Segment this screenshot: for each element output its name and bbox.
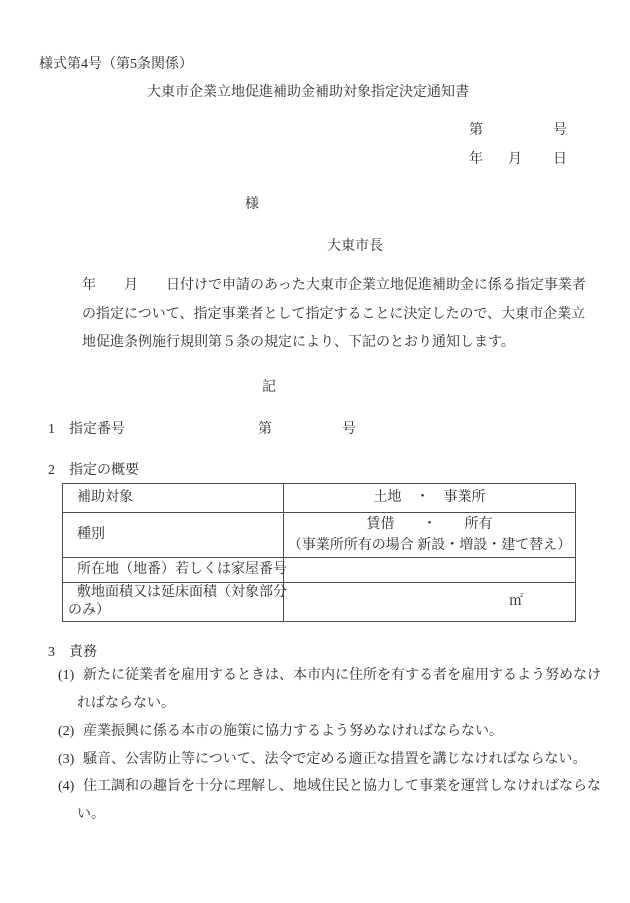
sender-name: 大東市長 (327, 237, 383, 256)
duty-item-line: ればならない。 (77, 694, 175, 713)
table-label-cell: 補助対象 (63, 484, 284, 512)
section3-label: 責務 (69, 643, 97, 662)
section2-number: 2 (48, 461, 55, 480)
body-line: 年 月 日付けで申請のあった大東市企業立地促進補助金に係る指定事業者 (82, 276, 586, 295)
duty-item-line: 騒音、公害防止等について、法令で定める適正な措置を講じなければならない。 (83, 750, 586, 769)
duty-item-line: 新たに従業者を雇用するときは、本市内に住所を有する者を雇用するよう努めなけ (83, 666, 601, 685)
designation-number-suffix: 号 (342, 420, 356, 439)
date-year-label: 年 (469, 150, 483, 169)
section1-number: 1 (48, 420, 55, 439)
table-value-cell (284, 558, 575, 582)
issue-number-suffix: 号 (553, 121, 567, 140)
table-row: 種別 賃借 ・ 所有 （事業所所有の場合 新設・増設・建て替え） (63, 512, 575, 557)
area-unit: ㎡ (284, 591, 523, 612)
duty-item-number: (3) (58, 750, 74, 769)
body-line: の指定について、指定事業者として指定することに決定したので、大東市企業立 (82, 305, 585, 324)
designation-number-prefix: 第 (258, 420, 272, 439)
designation-overview-table: 補助対象 土地 ・ 事業所 種別 賃借 ・ 所有 （事業所所有の場合 新設・増設… (62, 483, 576, 622)
document-page: 様式第4号（第5条関係） 大東市企業立地促進補助金補助対象指定決定通知書 第 号… (0, 0, 630, 903)
issue-number-prefix: 第 (469, 121, 483, 140)
table-label-cell: 種別 (63, 513, 284, 557)
row-label-line: 敷地面積又は延床面積（対象部分 (68, 584, 283, 602)
row-label: 所在地（地番）若しくは家屋番号 (68, 561, 283, 579)
row-label: 種別 (68, 526, 283, 544)
duty-item-number: (4) (58, 777, 74, 796)
duty-item-line: 住工調和の趣旨を十分に理解し、地域住民と協力して事業を運営しなければならな (83, 777, 601, 796)
table-row: 所在地（地番）若しくは家屋番号 (63, 557, 575, 582)
row-label-line: のみ） (68, 602, 283, 620)
section2-label: 指定の概要 (69, 461, 139, 480)
table-row: 敷地面積又は延床面積（対象部分 のみ） ㎡ (63, 582, 575, 621)
section3-number: 3 (48, 643, 55, 662)
record-mark: 記 (262, 378, 276, 397)
date-day-label: 日 (553, 150, 567, 169)
row-value-line: 賃借 ・ 所有 (284, 514, 575, 535)
duty-item-line: 産業振興に係る本市の施策に協力するよう努めなければならない。 (83, 722, 503, 741)
table-value-cell: ㎡ (284, 583, 575, 621)
table-label-cell: 所在地（地番）若しくは家屋番号 (63, 558, 284, 582)
date-month-label: 月 (508, 150, 522, 169)
table-label-cell: 敷地面積又は延床面積（対象部分 のみ） (63, 583, 284, 621)
form-number: 様式第4号（第5条関係） (39, 55, 193, 74)
table-value-cell: 土地 ・ 事業所 (284, 484, 575, 512)
duty-item-number: (2) (58, 722, 74, 741)
row-value-line: （事業所所有の場合 新設・増設・建て替え） (284, 535, 575, 556)
duty-item-number: (1) (58, 666, 74, 685)
section1-label: 指定番号 (69, 420, 125, 439)
table-row: 補助対象 土地 ・ 事業所 (63, 484, 575, 512)
body-line: 地促進条例施行規則第５条の規定により、下記のとおり通知します。 (82, 333, 515, 352)
document-title: 大東市企業立地促進補助金補助対象指定決定通知書 (0, 83, 616, 102)
table-value-cell: 賃借 ・ 所有 （事業所所有の場合 新設・増設・建て替え） (284, 513, 575, 557)
addressee-honorific: 様 (245, 195, 259, 214)
row-label: 補助対象 (68, 489, 283, 507)
row-value: 土地 ・ 事業所 (284, 487, 575, 508)
duty-item-line: い。 (77, 805, 105, 824)
